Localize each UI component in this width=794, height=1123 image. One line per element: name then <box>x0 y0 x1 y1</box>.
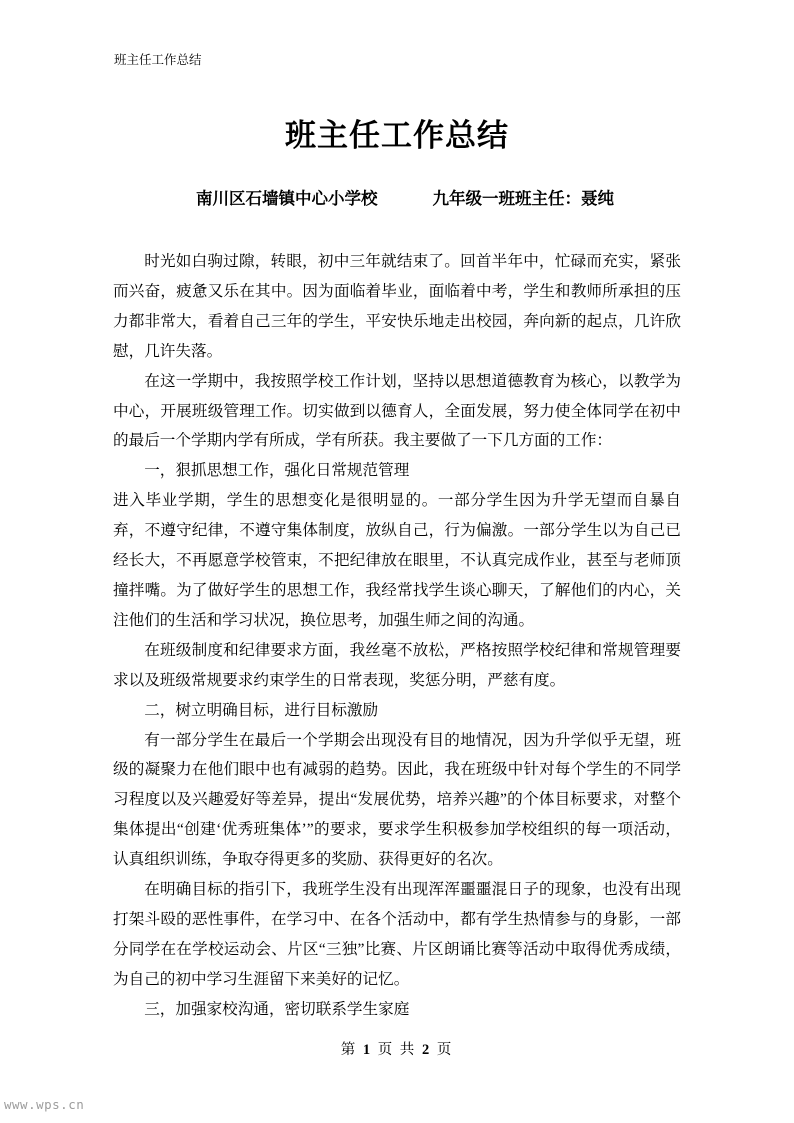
paragraph: 进入毕业学期，学生的思想变化是很明显的。一部分学生因为升学无望而自暴自弃，不遵守… <box>113 486 681 636</box>
paragraph: 在班级制度和纪律要求方面，我丝毫不放松，严格按照学校纪律和常规管理要求以及班级常… <box>113 636 681 696</box>
wps-watermark: www.wps.cn <box>4 1097 84 1112</box>
paragraph: 在明确目标的指引下，我班学生没有出现浑浑噩噩混日子的现象，也没有出现打架斗殴的恶… <box>113 875 681 995</box>
page-number-footer: 第 1 页 共 2 页 <box>0 1038 794 1059</box>
document-title: 班主任工作总结 <box>0 110 794 155</box>
paragraph: 有一部分学生在最后一个学期会出现没有目的地情况，因为升学似乎无望，班级的凝聚力在… <box>113 726 681 876</box>
document-body: 时光如白驹过隙，转眼，初中三年就结束了。回首半年中，忙碌而充实，紧张而兴奋，疲惫… <box>113 247 681 1025</box>
footer-suffix: 页 <box>437 1042 454 1058</box>
footer-prefix: 第 <box>341 1042 358 1058</box>
paragraph: 在这一学期中，我按照学校工作计划，坚持以思想道德教育为核心，以教学为中心，开展班… <box>113 367 681 457</box>
footer-middle: 页 共 <box>378 1042 417 1058</box>
document-header-text: 班主任工作总结 <box>114 52 202 68</box>
section-heading: 三，加强家校沟通，密切联系学生家庭 <box>113 995 681 1025</box>
paragraph: 时光如白驹过隙，转眼，初中三年就结束了。回首半年中，忙碌而充实，紧张而兴奋，疲惫… <box>113 247 681 367</box>
byline-teacher: 九年级一班班主任：聂纯 <box>433 185 615 209</box>
byline-school: 南川区石墙镇中心小学校 <box>196 185 378 209</box>
byline: 南川区石墙镇中心小学校 九年级一班班主任：聂纯 <box>113 185 681 209</box>
section-heading: 一，狠抓思想工作，强化日常规范管理 <box>113 456 681 486</box>
footer-current-page: 1 <box>363 1042 372 1058</box>
section-heading: 二，树立明确目标，进行目标激励 <box>113 696 681 726</box>
document-page: 班主任工作总结 班主任工作总结 南川区石墙镇中心小学校 九年级一班班主任：聂纯 … <box>0 0 794 1123</box>
footer-total-pages: 2 <box>422 1042 431 1058</box>
